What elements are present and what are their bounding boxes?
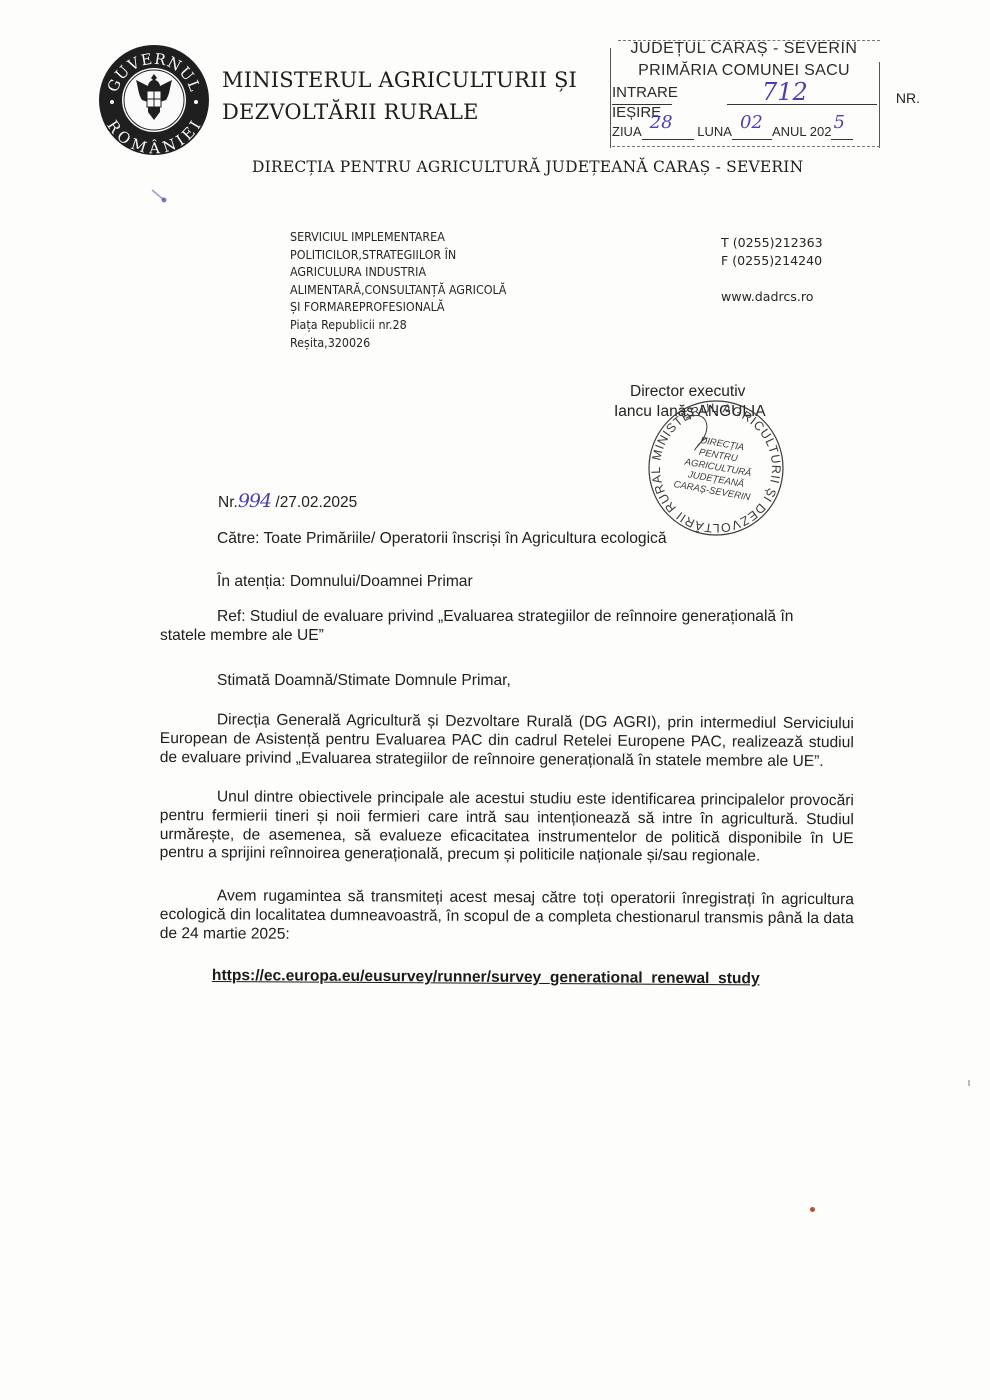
contact-block: T (0255)212363 F (0255)214240 www.dadrcs… — [721, 234, 823, 305]
survey-link[interactable]: https://ec.europa.eu/eusurvey/runner/sur… — [212, 967, 760, 988]
stamp-date-row: ZIUA28 LUNA02 ANUL 2025 — [612, 124, 880, 140]
paragraph-text: Direcția Generală Agricultură și Dezvolt… — [160, 711, 854, 769]
paragraph-text: Avem rugamintea să transmiteți acest mes… — [160, 887, 854, 942]
letter-number: Nr.994 /27.02.2025 — [218, 490, 357, 512]
number-prefix: Nr. — [218, 494, 238, 511]
address-line: ȘI FORMAREPROFESIONALĂ — [290, 298, 506, 316]
stamp-nr-value: 712 — [762, 78, 808, 106]
reference-line-2: statele membre ale UE” — [160, 627, 856, 646]
paragraph-1: Direcția Generală Agricultură și Dezvolt… — [160, 711, 854, 772]
directorate-title: DIRECȚIA PENTRU AGRICULTURĂ JUDEȚEANĂ CA… — [252, 158, 803, 176]
address-line: AGRICULURA INDUSTRIA — [290, 263, 506, 281]
ministry-name: MINISTERUL AGRICULTURII ȘI DEZVOLTĂRII R… — [222, 64, 577, 128]
government-logo: GUVERNUL ROMÂNIEI — [98, 44, 210, 156]
paragraph-2: Unul dintre obiectivele principale ale a… — [160, 788, 854, 867]
fax-number: F (0255)214240 — [721, 252, 823, 270]
stamp-ziua-value: 28 — [650, 112, 673, 133]
salutation: Stimată Doamnă/Stimate Domnule Primar, — [217, 672, 511, 691]
official-seal: MINISTERUL AGRICULTURII ȘI DEZVOLTĂRII R… — [646, 398, 786, 538]
scan-speck — [968, 1080, 970, 1086]
reference-line-1: Ref: Studiul de evaluare privind „Evalua… — [160, 608, 856, 627]
scan-speck — [810, 1207, 815, 1212]
stamp-town-hall: PRIMĂRIA COMUNEI SACU — [608, 62, 880, 80]
address-line: SERVICIUL IMPLEMENTAREA — [290, 228, 506, 246]
number-handwritten: 994 — [238, 490, 271, 512]
stamp-luna-label: LUNA — [697, 124, 732, 139]
website-link[interactable]: www.dadrcs.ro — [721, 288, 823, 306]
registration-stamp: JUDEȚUL CARAȘ - SEVERIN PRIMĂRIA COMUNEI… — [608, 38, 880, 148]
stamp-anul-value: 5 — [833, 112, 844, 133]
number-date: /27.02.2025 — [271, 494, 357, 511]
recipient-line: Către: Toate Primăriile/ Operatorii însc… — [217, 530, 667, 549]
address-line: ALIMENTARĂ,CONSULTANȚĂ AGRICOLĂ — [290, 281, 506, 299]
reference-line: Ref: Studiul de evaluare privind „Evalua… — [160, 608, 856, 646]
stamp-entry-row: INTRARENR. 712 — [612, 84, 880, 101]
attention-line: În atenția: Domnului/Doamnei Primar — [217, 573, 473, 592]
ministry-line: DEZVOLTĂRII RURALE — [222, 96, 577, 128]
ministry-line: MINISTERUL AGRICULTURII ȘI — [222, 64, 577, 96]
stamp-luna-value: 02 — [740, 112, 763, 133]
stamp-nr-label: NR. — [896, 90, 920, 106]
ink-smudge — [150, 188, 172, 206]
sender-address-block: SERVICIUL IMPLEMENTAREA POLITICILOR,STRA… — [290, 228, 506, 351]
stamp-ziua-label: ZIUA — [612, 124, 642, 139]
stamp-anul-label: ANUL 202 — [772, 124, 832, 139]
paragraph-text: Unul dintre obiectivele principale ale a… — [160, 788, 854, 865]
address-line: Piața Republicii nr.28 — [290, 316, 506, 334]
romanian-government-seal-icon: GUVERNUL ROMÂNIEI — [98, 44, 210, 156]
round-seal-icon: MINISTERUL AGRICULTURII ȘI DEZVOLTĂRII R… — [646, 398, 786, 538]
address-line: POLITICILOR,STRATEGIILOR ÎN — [290, 246, 506, 264]
phone-number: T (0255)212363 — [721, 234, 823, 252]
stamp-county: JUDEȚUL CARAȘ - SEVERIN — [608, 40, 880, 58]
stamp-intrare-label: INTRARE — [612, 84, 678, 101]
address-line: Reșita,320026 — [290, 334, 506, 352]
paragraph-3: Avem rugamintea să transmiteți acest mes… — [160, 887, 854, 948]
